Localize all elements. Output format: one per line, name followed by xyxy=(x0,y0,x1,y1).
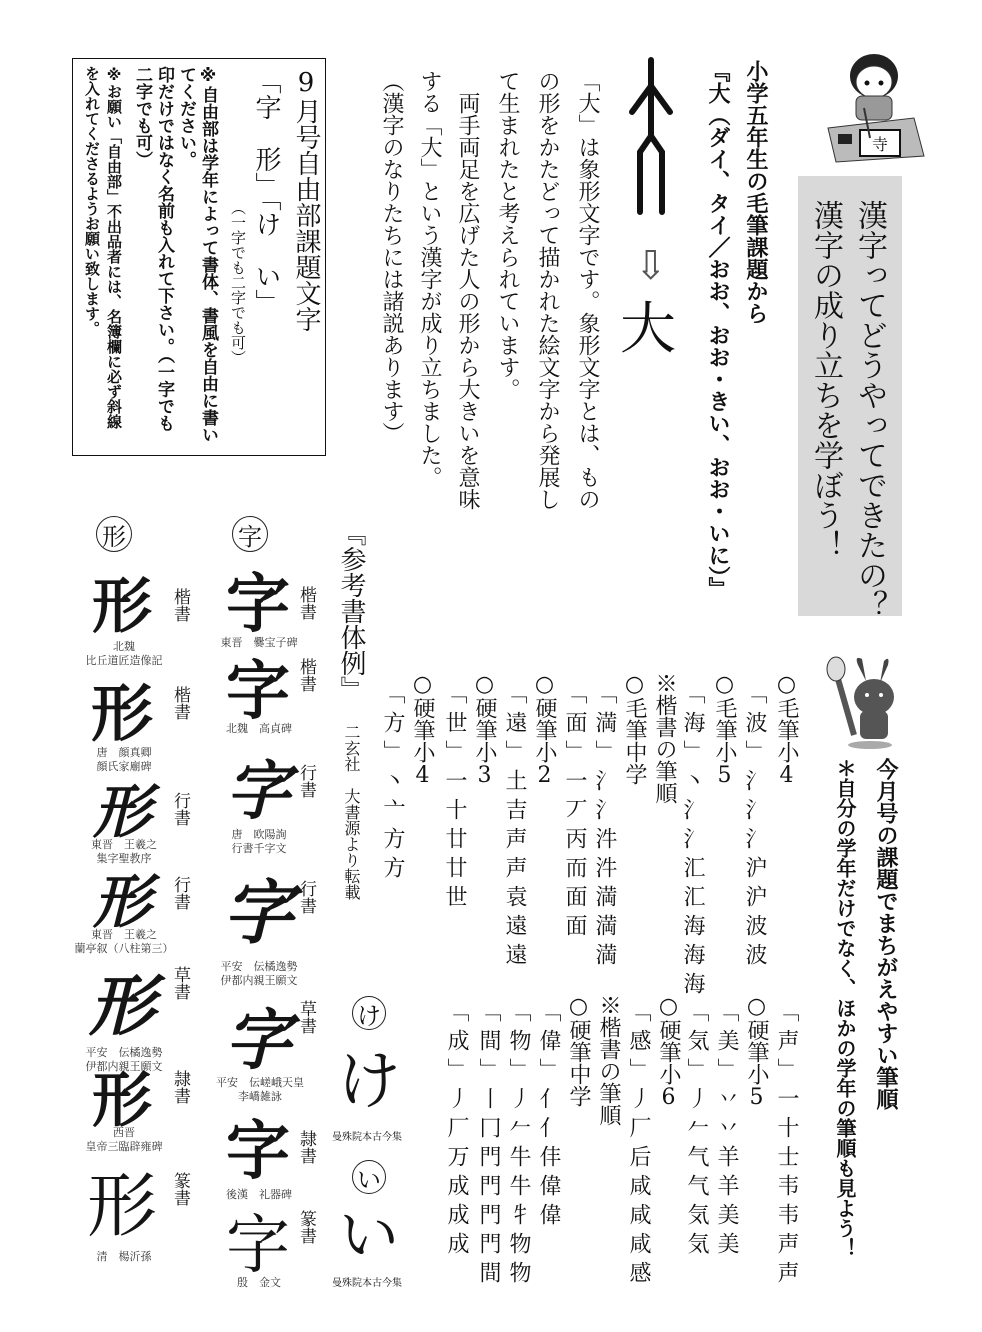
ji-caption-7: 殷 金文 xyxy=(214,1276,304,1290)
ji-style-6: 隷書 xyxy=(296,1130,315,1164)
mistakes-heading: 今月号の課題でまちがえやすい筆順 xyxy=(872,758,898,1110)
stroke-order-row: 「成」丿厂万成成成 xyxy=(440,1000,472,1261)
ji-style-2: 楷書 xyxy=(296,658,315,692)
title-line-1: 漢字ってどうやってできたの？ xyxy=(852,200,886,620)
kei-style-6: 隷書 xyxy=(170,1070,189,1104)
ji-sample-6: 字 xyxy=(220,1110,296,1182)
kaisho-note: ※楷書の筆順 xyxy=(592,994,624,1126)
kei-style-5: 草書 xyxy=(170,966,189,1000)
notice-title: 9月号自由部課題文字 xyxy=(290,68,322,332)
kei-sample-3: 形 xyxy=(82,778,162,836)
grade-label: ○硬筆小3 xyxy=(468,672,500,788)
kei-style-2: 楷書 xyxy=(170,686,189,720)
kei-sample-6: 形 xyxy=(82,1066,162,1126)
references-heading: 『参考書体例』 xyxy=(336,520,366,702)
down-arrow-icon: ⇩ xyxy=(634,246,668,286)
stroke-order-row: 「遠」土吉声声袁遠遠 xyxy=(498,682,530,972)
notice-note: てください。 xyxy=(174,66,197,168)
stroke-order-row: 「世」一十廿廿世 xyxy=(438,682,470,914)
kei-sample-7: 形 xyxy=(82,1160,162,1240)
ji-style-7: 篆書 xyxy=(296,1210,315,1244)
ke-circle-label: け xyxy=(352,996,386,1030)
grade-label: ○毛筆中学 xyxy=(618,672,650,785)
grade-label: ○硬筆小2 xyxy=(528,672,560,788)
stroke-order-row: 「波」氵氵氵沪沪波波 xyxy=(738,682,770,972)
ji-sample-4: 字 xyxy=(220,862,296,952)
notice-note: 二字でも可） xyxy=(130,66,153,168)
kei-style-3: 行書 xyxy=(170,792,189,826)
kei-caption-7: 清 楊沂孫 xyxy=(74,1250,174,1264)
explanation-line: 両手両足を広げた人の形から大きいを意味 xyxy=(452,70,482,510)
ji-sample-7: 字 xyxy=(220,1202,296,1278)
kei-sample-1: 形 xyxy=(82,572,162,632)
explanation-line: 「大」は象形文字です。象形文字とは、もの xyxy=(572,70,602,510)
girl-calligraphy-illustration: 寺 xyxy=(820,48,928,168)
kei-caption-4a: 東晋 王羲之 xyxy=(70,928,178,942)
explanation-line: の形をかたどって描かれた絵文字から発展し xyxy=(532,70,562,510)
notice-note: ※自由部は学年によって書体、書風を自由に書い xyxy=(196,66,219,443)
grade-label: ○毛筆小4 xyxy=(770,672,802,788)
subtitle: 小学五年生の毛筆課題から xyxy=(742,60,768,324)
subject-heading: 『大（ダイ、タイ／おお、おお・きい、おお・いに）』 xyxy=(704,60,730,599)
ke-sample: け xyxy=(336,1034,402,1118)
ji-sample-3: 字 xyxy=(220,746,296,826)
pictograph-dai-icon xyxy=(628,56,674,216)
kei-caption-2a: 唐 顔真卿 xyxy=(74,746,174,760)
stroke-order-row: 「声」一十士韦韦声声 xyxy=(770,1000,802,1290)
stroke-order-row: 「満」氵氵汼汼満満満 xyxy=(588,682,620,972)
notice-note: 印だけではなく名前も入れて下さい。（一字でも xyxy=(152,66,175,432)
i-sample: い xyxy=(336,1196,402,1266)
grade-label: ○硬筆小5 xyxy=(740,994,772,1110)
references-source: 二玄社 大書源より転載 xyxy=(340,724,363,900)
ji-style-5: 草書 xyxy=(296,1000,315,1034)
notice-chars: 「字 形」「け い」 xyxy=(250,68,282,315)
bunny-brush-illustration xyxy=(824,655,904,750)
kei-circle-label: 形 xyxy=(96,516,132,552)
notice-paren: （一字でも二字でも可） xyxy=(228,200,249,365)
ji-style-1: 楷書 xyxy=(296,586,315,620)
ji-sample-1: 字 xyxy=(220,566,296,632)
kei-sample-2: 形 xyxy=(82,676,162,740)
i-caption: 曼殊院本古今集 xyxy=(332,1274,402,1289)
ji-caption-3a: 唐 欧陽詢 xyxy=(214,828,304,842)
kei-caption-6a: 西晋 xyxy=(70,1126,178,1140)
ji-style-3: 行書 xyxy=(296,764,315,798)
explanation-line: する「大」という漢字が成り立ちました。 xyxy=(414,70,444,488)
stroke-order-row: 「物」丿𠂉牛牛牜物物 xyxy=(502,1000,534,1290)
kei-caption-1a: 北魏 xyxy=(74,640,174,654)
kaisho-note: ※楷書の筆順 xyxy=(648,672,680,804)
grade-label: ○毛筆小5 xyxy=(708,672,740,788)
notice-request: ※お願い「自由部」不出品者には、名簿欄に必ず斜線 xyxy=(104,66,124,429)
notice-request: を入れてくださるようお願い致します。 xyxy=(82,66,102,336)
modern-char-dai: 大 xyxy=(620,300,676,360)
ji-sample-2: 字 xyxy=(220,650,296,722)
grade-label: ○硬筆中学 xyxy=(562,994,594,1107)
stroke-order-row: 「美」丷丷羊羊美美 xyxy=(710,1000,742,1261)
stroke-order-row: 「方」丶亠方方 xyxy=(376,682,408,885)
mistakes-subheading: ＊自分の学年だけでなく、ほかの学年の筆順も見よう！ xyxy=(832,758,858,1258)
kei-style-7: 篆書 xyxy=(170,1172,189,1206)
ji-sample-5: 字 xyxy=(220,994,296,1074)
ji-caption-2: 北魏 高貞碑 xyxy=(214,722,304,736)
kei-style-1: 楷書 xyxy=(170,588,189,622)
kei-style-4: 行書 xyxy=(170,876,189,910)
title-line-2: 漢字の成り立ちを学ぼう！ xyxy=(808,200,842,560)
ke-caption: 曼殊院本古今集 xyxy=(332,1128,402,1143)
stroke-order-row: 「海」丶氵氵汇汇海海海 xyxy=(676,682,708,1001)
stroke-order-row: 「感」丿厂后咸咸咸感 xyxy=(622,1000,654,1290)
ji-circle-label: 字 xyxy=(232,516,268,552)
svg-text:寺: 寺 xyxy=(872,135,888,154)
explanation-line: （漢字のなりたちには諸説あります） xyxy=(376,70,406,444)
grade-label: ○硬筆小4 xyxy=(406,672,438,788)
explanation-line: て生まれたと考えられています。 xyxy=(492,70,522,400)
ji-caption-3b: 行書千字文 xyxy=(214,842,304,856)
ji-caption-4a: 平安 伝橘逸勢 xyxy=(214,960,304,974)
stroke-order-row: 「間」丨冂門門門門間 xyxy=(472,1000,504,1290)
ji-caption-5a: 平安 伝嵯峨天皇 xyxy=(210,1076,310,1090)
stroke-order-row: 「気」丿𠂉气气気気 xyxy=(680,1000,712,1261)
kei-sample-4: 形 xyxy=(82,868,162,926)
stroke-order-row: 「面」一丆丙而面面 xyxy=(558,682,590,943)
kei-sample-5: 形 xyxy=(82,960,162,1040)
ji-style-4: 行書 xyxy=(296,880,315,914)
stroke-order-row: 「偉」亻亻仹偉偉 xyxy=(532,1000,564,1232)
grade-label: ○硬筆小6 xyxy=(652,994,684,1110)
kei-caption-3a: 東晋 王羲之 xyxy=(74,838,174,852)
